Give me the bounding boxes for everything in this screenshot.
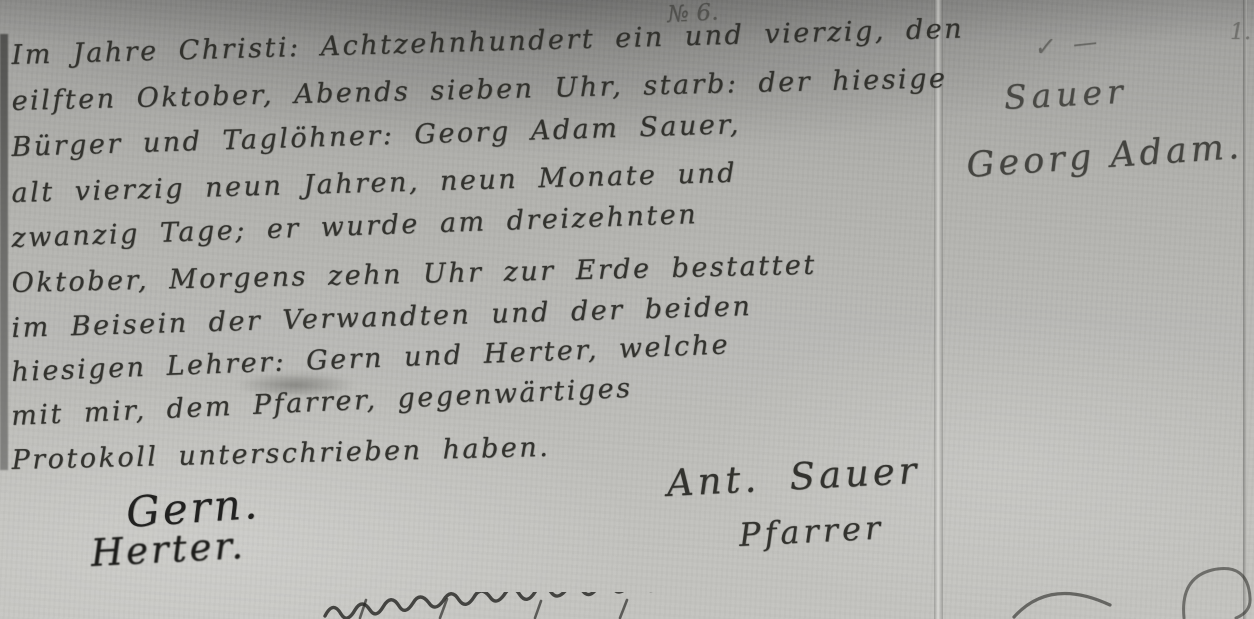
margin-given-name: Georg Adam. bbox=[965, 127, 1244, 186]
manuscript-line: Bürger und Taglöhner: Georg Adam Sauer, bbox=[11, 109, 741, 163]
cutoff-flourish-artifact bbox=[1010, 585, 1120, 619]
page-edge-line bbox=[1243, 0, 1247, 619]
book-gutter-shadow bbox=[0, 34, 8, 470]
signature-pastor-title: Pfarrer bbox=[738, 508, 885, 554]
scanned-register-page: № 6. 1. Im Jahre Christi: Achtzehnhunder… bbox=[0, 0, 1254, 619]
cutoff-loop-artifact bbox=[1178, 560, 1254, 619]
manuscript-line: zwanzig Tage; er wurde am dreizehnten bbox=[11, 199, 699, 254]
manuscript-line: Oktober, Morgens zehn Uhr zur Erde besta… bbox=[11, 250, 817, 299]
corner-page-mark: 1. bbox=[1230, 20, 1251, 45]
cutoff-next-entry-strokes bbox=[320, 592, 690, 619]
signature-pastor-name: Ant. Sauer bbox=[666, 449, 922, 505]
ink-smudge bbox=[236, 372, 356, 398]
margin-surname: Sauer bbox=[1003, 72, 1129, 117]
manuscript-line: Protokoll unterschrieben haben. bbox=[11, 432, 550, 476]
manuscript-line: eilften Oktober, Abends sieben Uhr, star… bbox=[11, 63, 948, 117]
margin-check-mark: ✓ — bbox=[1032, 27, 1104, 62]
manuscript-line: Im Jahre Christi: Achtzehnhundert ein un… bbox=[11, 13, 964, 71]
signature-witness-2: Herter. bbox=[90, 524, 247, 575]
